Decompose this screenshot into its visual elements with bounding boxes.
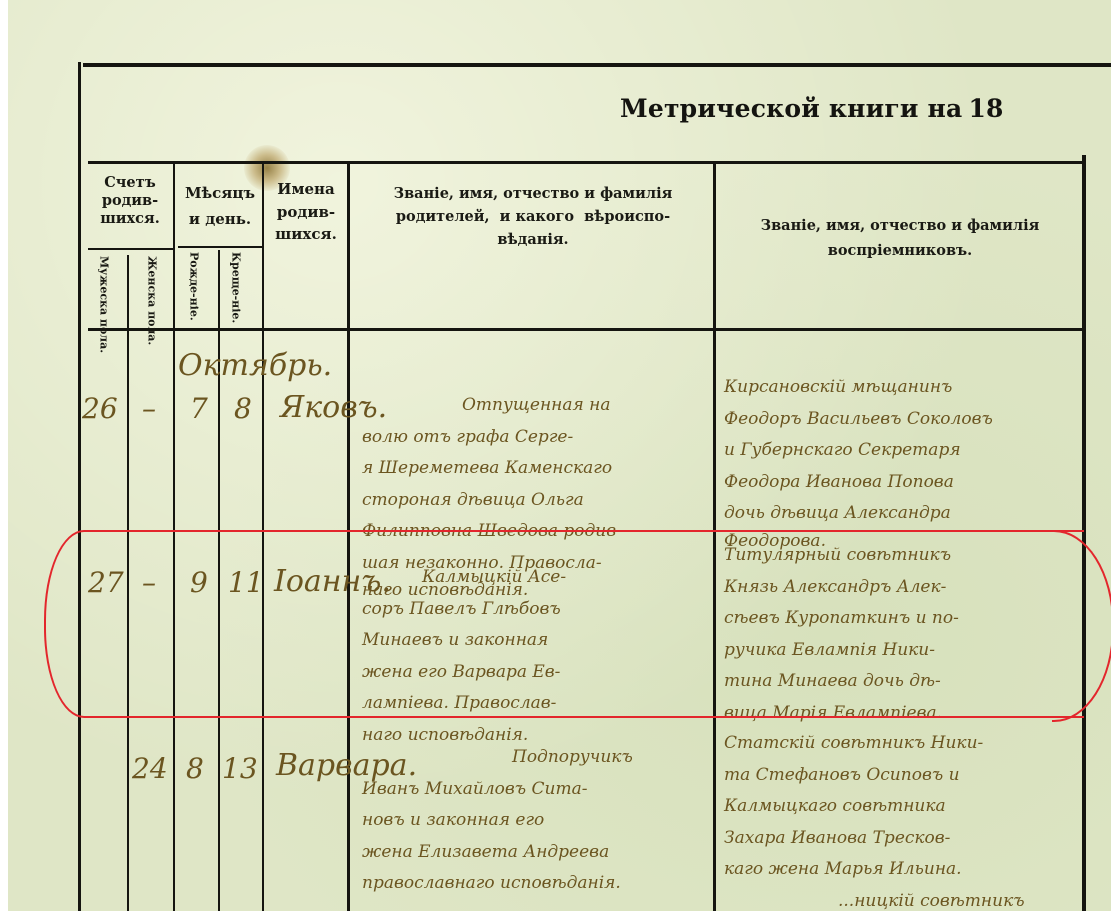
- header-parents-line3: вѣданія.: [352, 228, 714, 251]
- parents-text: Калмыцкій Асе- соръ Павелъ Глѣбовъ Минае…: [362, 562, 566, 751]
- parents-line: Калмыцкій Асе-: [362, 562, 566, 594]
- godparents-text: Кирсановскій мѣщанинъ Феодоръ Васильевъ …: [724, 372, 993, 552]
- header-godparents: Званіе, имя, отчество и фамилія воспріем…: [718, 213, 1082, 264]
- header-month: Мѣсяцъ: [176, 180, 264, 206]
- parents-text: Подпоручикъ Иванъ Михайловъ Сита- новъ и…: [362, 742, 633, 900]
- godparents-line: каго жена Марья Ильина.: [724, 854, 983, 886]
- col-divider-month: [262, 164, 264, 911]
- parents-line: Отпущенная на: [362, 390, 622, 422]
- frame-left-rule: [78, 62, 81, 911]
- col-divider-parents: [713, 164, 716, 911]
- parents-line: волю отъ графа Серге-: [362, 422, 622, 454]
- godparents-line: Статскій совѣтникъ Ники-: [724, 728, 983, 760]
- parents-line: новъ и законная его: [362, 805, 633, 837]
- record-number: 27: [88, 566, 124, 599]
- header-top-rule: [88, 161, 1086, 164]
- header-parents: Званіе, имя, отчество и фамилія родителе…: [352, 182, 714, 252]
- godparents-line: и Губернскаго Секретаря: [724, 435, 993, 467]
- header-count-line1: Счетъ: [86, 174, 174, 192]
- subhead-rule-month: [178, 246, 262, 248]
- godparents-line: Титулярный совѣтникъ: [724, 540, 959, 572]
- parents-line: православнаго исповѣданія.: [362, 868, 633, 900]
- header-names-line1: Имена: [264, 178, 348, 201]
- parents-line: я Шереметева Каменскаго: [362, 453, 622, 485]
- col-divider-female: [173, 164, 175, 911]
- header-birth: Рожде-ніе.: [188, 252, 200, 320]
- godparents-line: Князь Александръ Алек-: [724, 572, 959, 604]
- parents-line: Минаевъ и законная: [362, 625, 566, 657]
- header-parents-line1: Званіе, имя, отчество и фамилія: [352, 182, 714, 205]
- header-male: Мужеска пола.: [98, 256, 110, 326]
- title-text: Метрической книги на: [620, 94, 962, 123]
- birth-day: 8: [186, 752, 204, 785]
- birth-day: 9: [190, 566, 208, 599]
- header-bottom-rule: [88, 328, 1086, 331]
- frame-right-rule: [1082, 155, 1086, 911]
- header-parents-line2: родителей, и какого вѣроиспо-: [352, 205, 714, 228]
- page-title: Метрической книги на18: [620, 94, 1004, 123]
- header-count: Счетъ родив- шихся.: [86, 174, 174, 228]
- subhead-rule-count: [88, 248, 174, 250]
- female-mark: –: [142, 392, 156, 425]
- header-names-line2: родив-: [264, 201, 348, 224]
- header-baptism: Креще-ніе.: [230, 252, 242, 320]
- col-divider-count: [127, 255, 129, 911]
- parents-line: соръ Павелъ Глѣбовъ: [362, 594, 566, 626]
- header-names-line3: шихся.: [264, 223, 348, 246]
- header-day: и день.: [176, 206, 264, 232]
- parents-line: Подпоручикъ: [362, 742, 633, 774]
- godparents-line: ручика Евлампія Ники-: [724, 635, 959, 667]
- godparents-line: тина Минаева дочь дѣ-: [724, 666, 959, 698]
- parents-line: Иванъ Михайловъ Сита-: [362, 774, 633, 806]
- baptism-day: 8: [234, 392, 252, 425]
- godparents-line: сѣевъ Куропаткинъ и по-: [724, 603, 959, 635]
- godparents-line: дочь дѣвица Александра: [724, 498, 993, 530]
- parents-line: жена Елизавета Андреева: [362, 837, 633, 869]
- godparents-line: Калмыцкаго совѣтника: [724, 791, 983, 823]
- godparents-line: Кирсановскій мѣщанинъ: [724, 372, 993, 404]
- header-count-line3: шихся.: [86, 210, 174, 228]
- godparents-line: Феодоръ Васильевъ Соколовъ: [724, 404, 993, 436]
- title-year: 18: [968, 94, 1003, 123]
- birth-day: 7: [190, 392, 208, 425]
- female-mark: –: [142, 566, 156, 599]
- frame-top-rule: [83, 63, 1111, 67]
- header-month-day: Мѣсяцъ и день.: [176, 180, 264, 233]
- next-record-partial: ...ницкій совѣтникъ: [838, 886, 1025, 911]
- parents-line: стороная дѣвица Ольга: [362, 485, 622, 517]
- header-godparents-line1: Званіе, имя, отчество и фамилія: [718, 213, 1082, 238]
- godparents-text: Статскій совѣтникъ Ники- та Стефановъ Ос…: [724, 728, 983, 886]
- header-count-line2: родив-: [86, 192, 174, 210]
- col-divider-names: [347, 164, 350, 911]
- parents-line: лампіева. Православ-: [362, 688, 566, 720]
- month-heading: Октябрь.: [178, 348, 332, 383]
- header-names: Имена родив- шихся.: [264, 178, 348, 246]
- baptism-day: 13: [222, 752, 258, 785]
- parents-line: Филипповна Шведова родив-: [362, 516, 622, 548]
- baptism-day: 11: [228, 566, 264, 599]
- godparents-line: Феодора Иванова Попова: [724, 467, 993, 499]
- header-female: Женска пола.: [146, 256, 158, 326]
- header-godparents-line2: воспріемниковъ.: [718, 238, 1082, 263]
- godparents-line: Захара Иванова Тресков-: [724, 823, 983, 855]
- record-number: 24: [132, 752, 168, 785]
- godparents-line: вица Марія Евлампіева.: [724, 698, 959, 730]
- godparents-text: Титулярный совѣтникъ Князь Александръ Ал…: [724, 540, 959, 729]
- register-page: Метрической книги на18 Счетъ родив- шихс…: [8, 0, 1111, 911]
- godparents-line: та Стефановъ Осиповъ и: [724, 760, 983, 792]
- record-number: 26: [82, 392, 118, 425]
- parents-line: жена его Варвара Ев-: [362, 657, 566, 689]
